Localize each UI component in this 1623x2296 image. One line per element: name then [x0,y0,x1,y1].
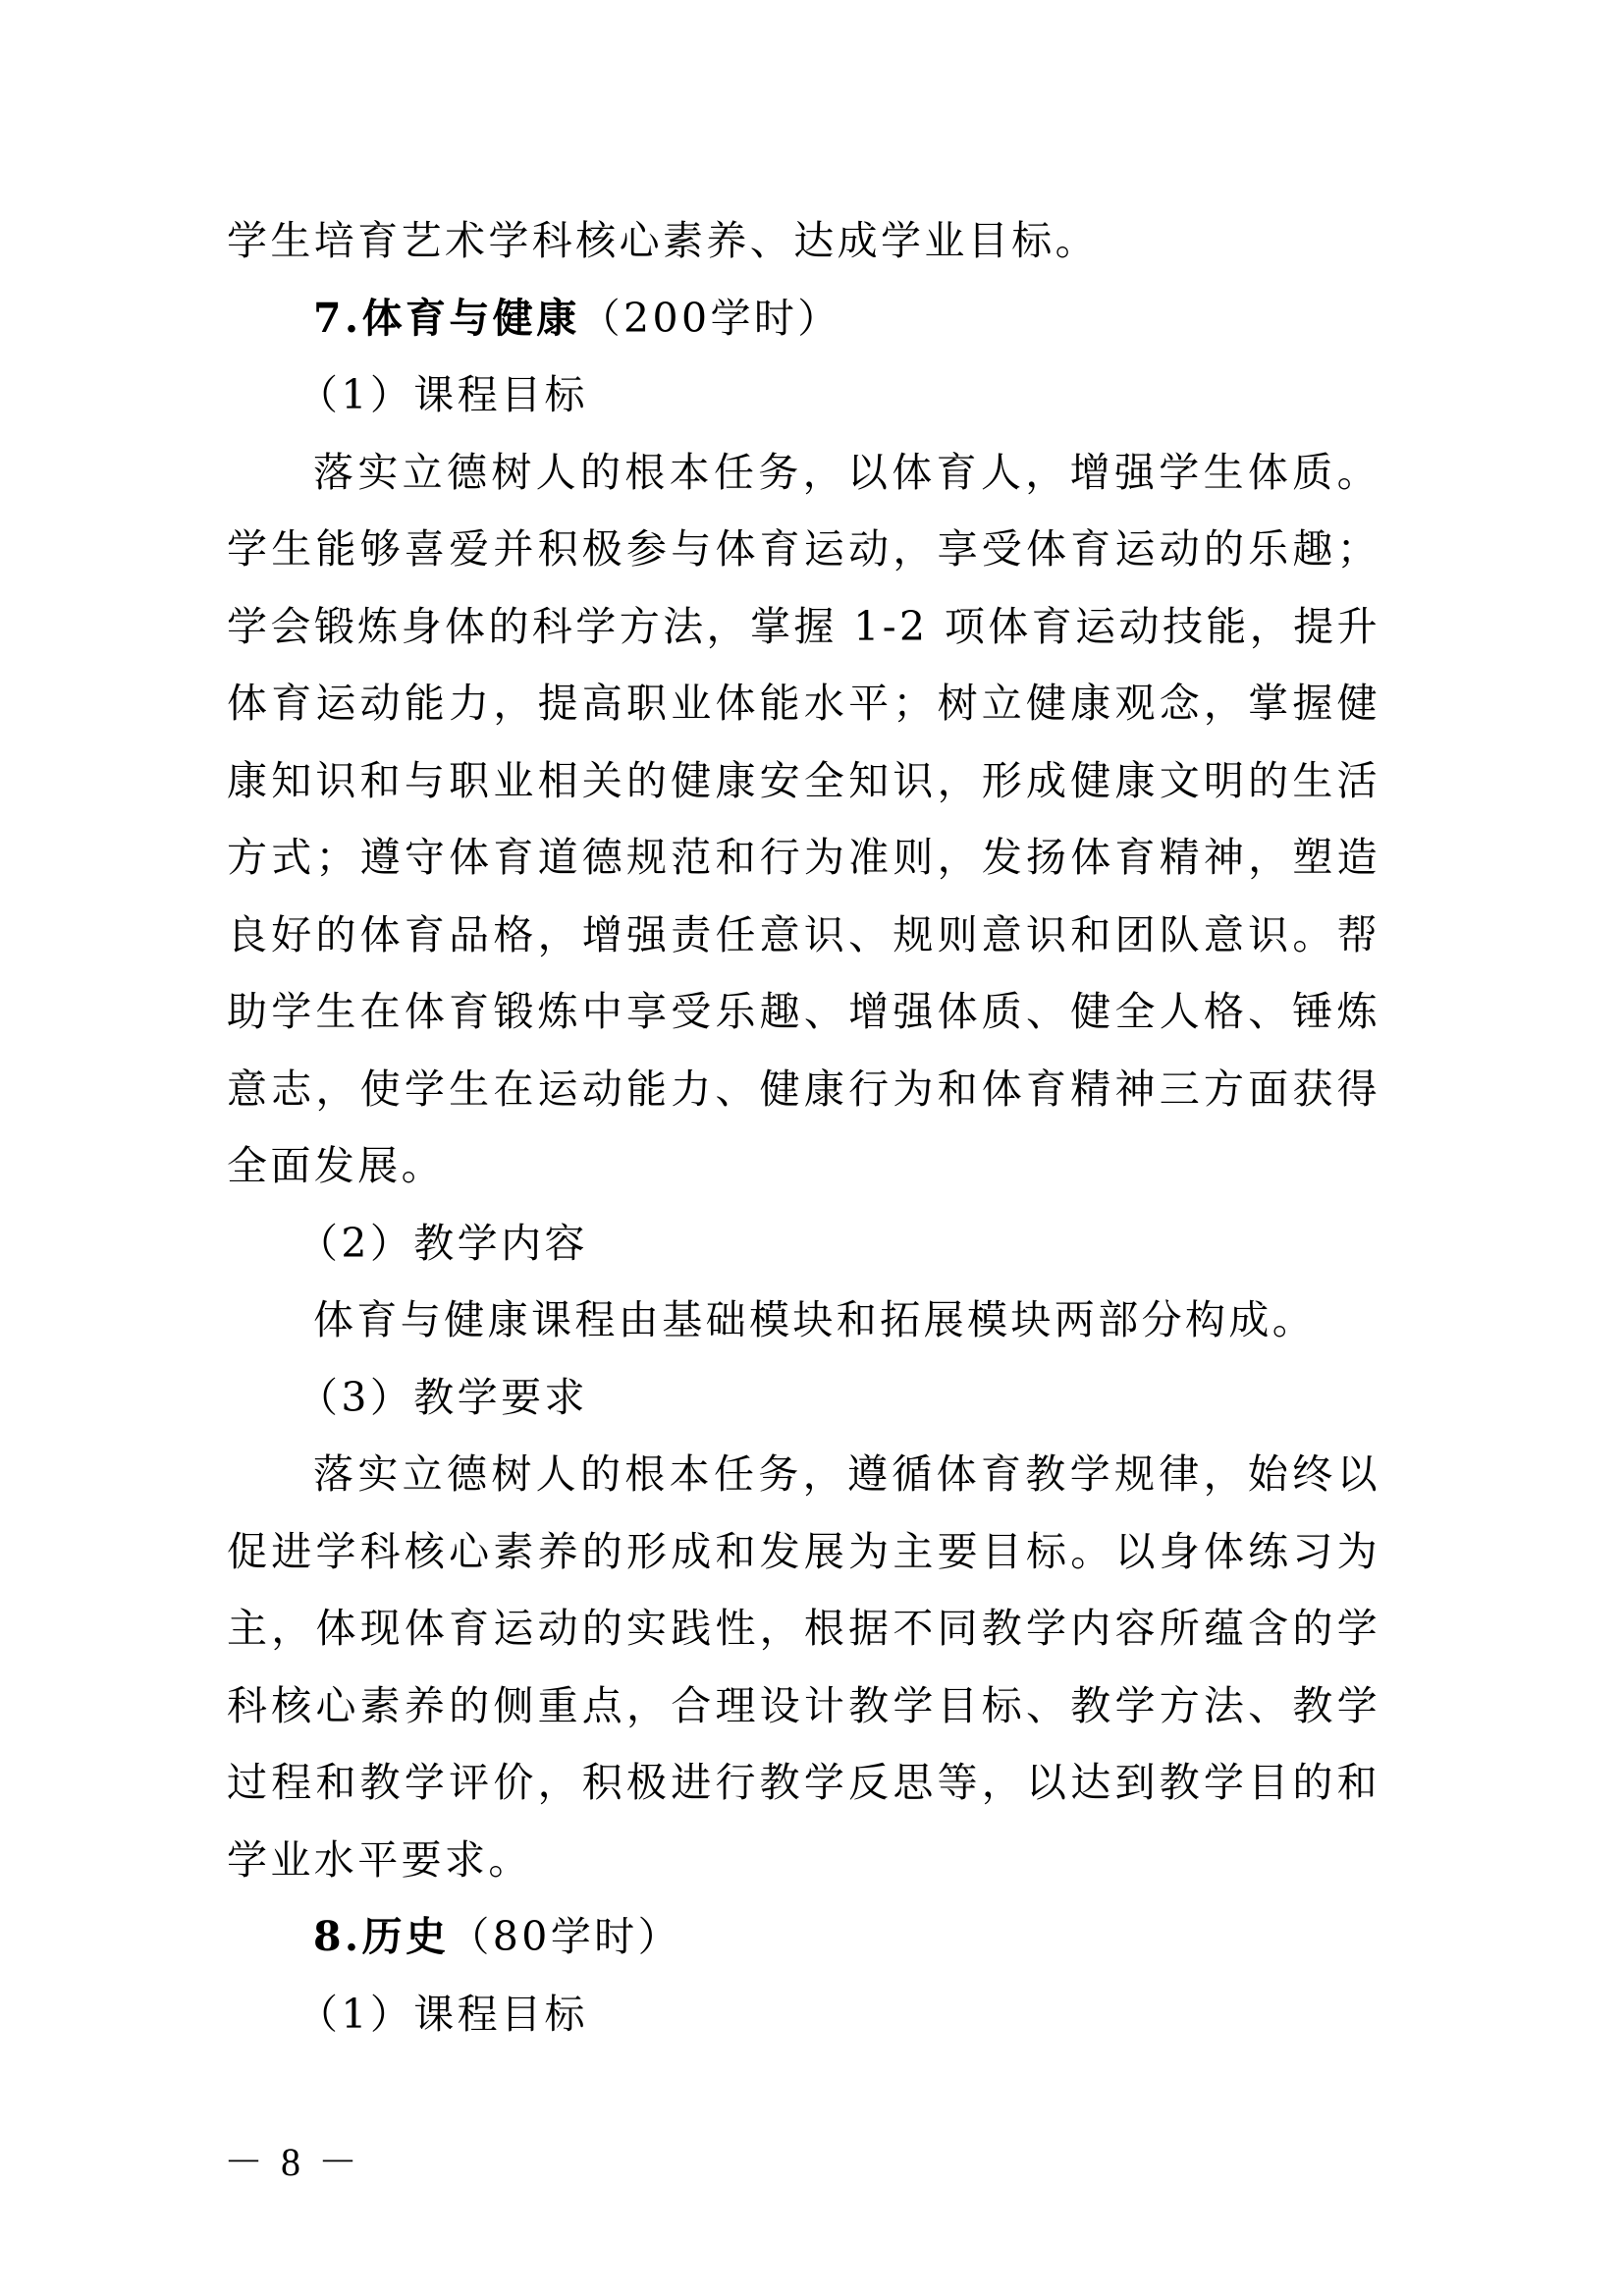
heading-hours: （200学时） [580,295,841,342]
paragraph-line: 学会锻炼身体的科学方法，掌握 1-2 项体育运动技能，提升 [227,588,1380,666]
heading-hours: （80学时） [449,1913,681,1960]
paragraph-line: 促进学科核心素养的形成和发展为主要目标。以身体练习为 [227,1513,1380,1591]
paragraph-line: 落实立德树人的根本任务，遵循体育教学规律，始终以 [227,1436,1380,1513]
paragraph-line: 主，体现体育运动的实践性，根据不同教学内容所蕴含的学 [227,1590,1380,1667]
paragraph-line: 过程和教学评价，积极进行教学反思等，以达到教学目的和 [227,1744,1380,1822]
heading-title: 8.历史 [313,1913,449,1960]
heading-title: 7.体育与健康 [313,295,580,342]
paragraph-line: 良好的体育品格，增强责任意识、规则意识和团队意识。帮 [227,897,1380,974]
paragraph-line: 助学生在体育锻炼中享受乐趣、增强体质、健全人格、锤炼 [227,973,1380,1051]
section-heading-history: 8.历史（80学时） [227,1898,1380,1976]
paragraph-line: 方式；遵守体育道德规范和行为准则，发扬体育精神，塑造 [227,819,1380,897]
paragraph-line: 意志，使学生在运动能力、健康行为和体育精神三方面获得 [227,1051,1380,1128]
paragraph-line: 落实立德树人的根本任务，以体育人，增强学生体质。 [227,434,1380,512]
section-heading-pe-health: 7.体育与健康（200学时） [227,280,1380,357]
document-page: 学生培育艺术学科核心素养、达成学业目标。 7.体育与健康（200学时） （1）课… [227,202,1380,2052]
paragraph-line: 康知识和与职业相关的健康安全知识，形成健康文明的生活 [227,742,1380,820]
subheading-course-objectives: （1）课程目标 [211,1976,1380,2053]
paragraph-line: 体育与健康课程由基础模块和拓展模块两部分构成。 [227,1282,1380,1359]
page-number: － 8 － [224,2131,361,2187]
paragraph-line: 学业水平要求。 [227,1822,1380,1899]
subheading-teaching-requirements: （3）教学要求 [211,1359,1380,1437]
paragraph-line: 学生能够喜爱并积极参与体育运动，享受体育运动的乐趣； [227,511,1380,588]
paragraph-continuation: 学生培育艺术学科核心素养、达成学业目标。 [227,202,1380,280]
paragraph-line: 体育运动能力，提高职业体能水平；树立健康观念，掌握健 [227,665,1380,742]
paragraph-line: 全面发展。 [227,1127,1380,1205]
subheading-teaching-content: （2）教学内容 [211,1205,1380,1283]
paragraph-line: 科核心素养的侧重点，合理设计教学目标、教学方法、教学 [227,1667,1380,1745]
subheading-course-objectives: （1）课程目标 [211,356,1380,434]
